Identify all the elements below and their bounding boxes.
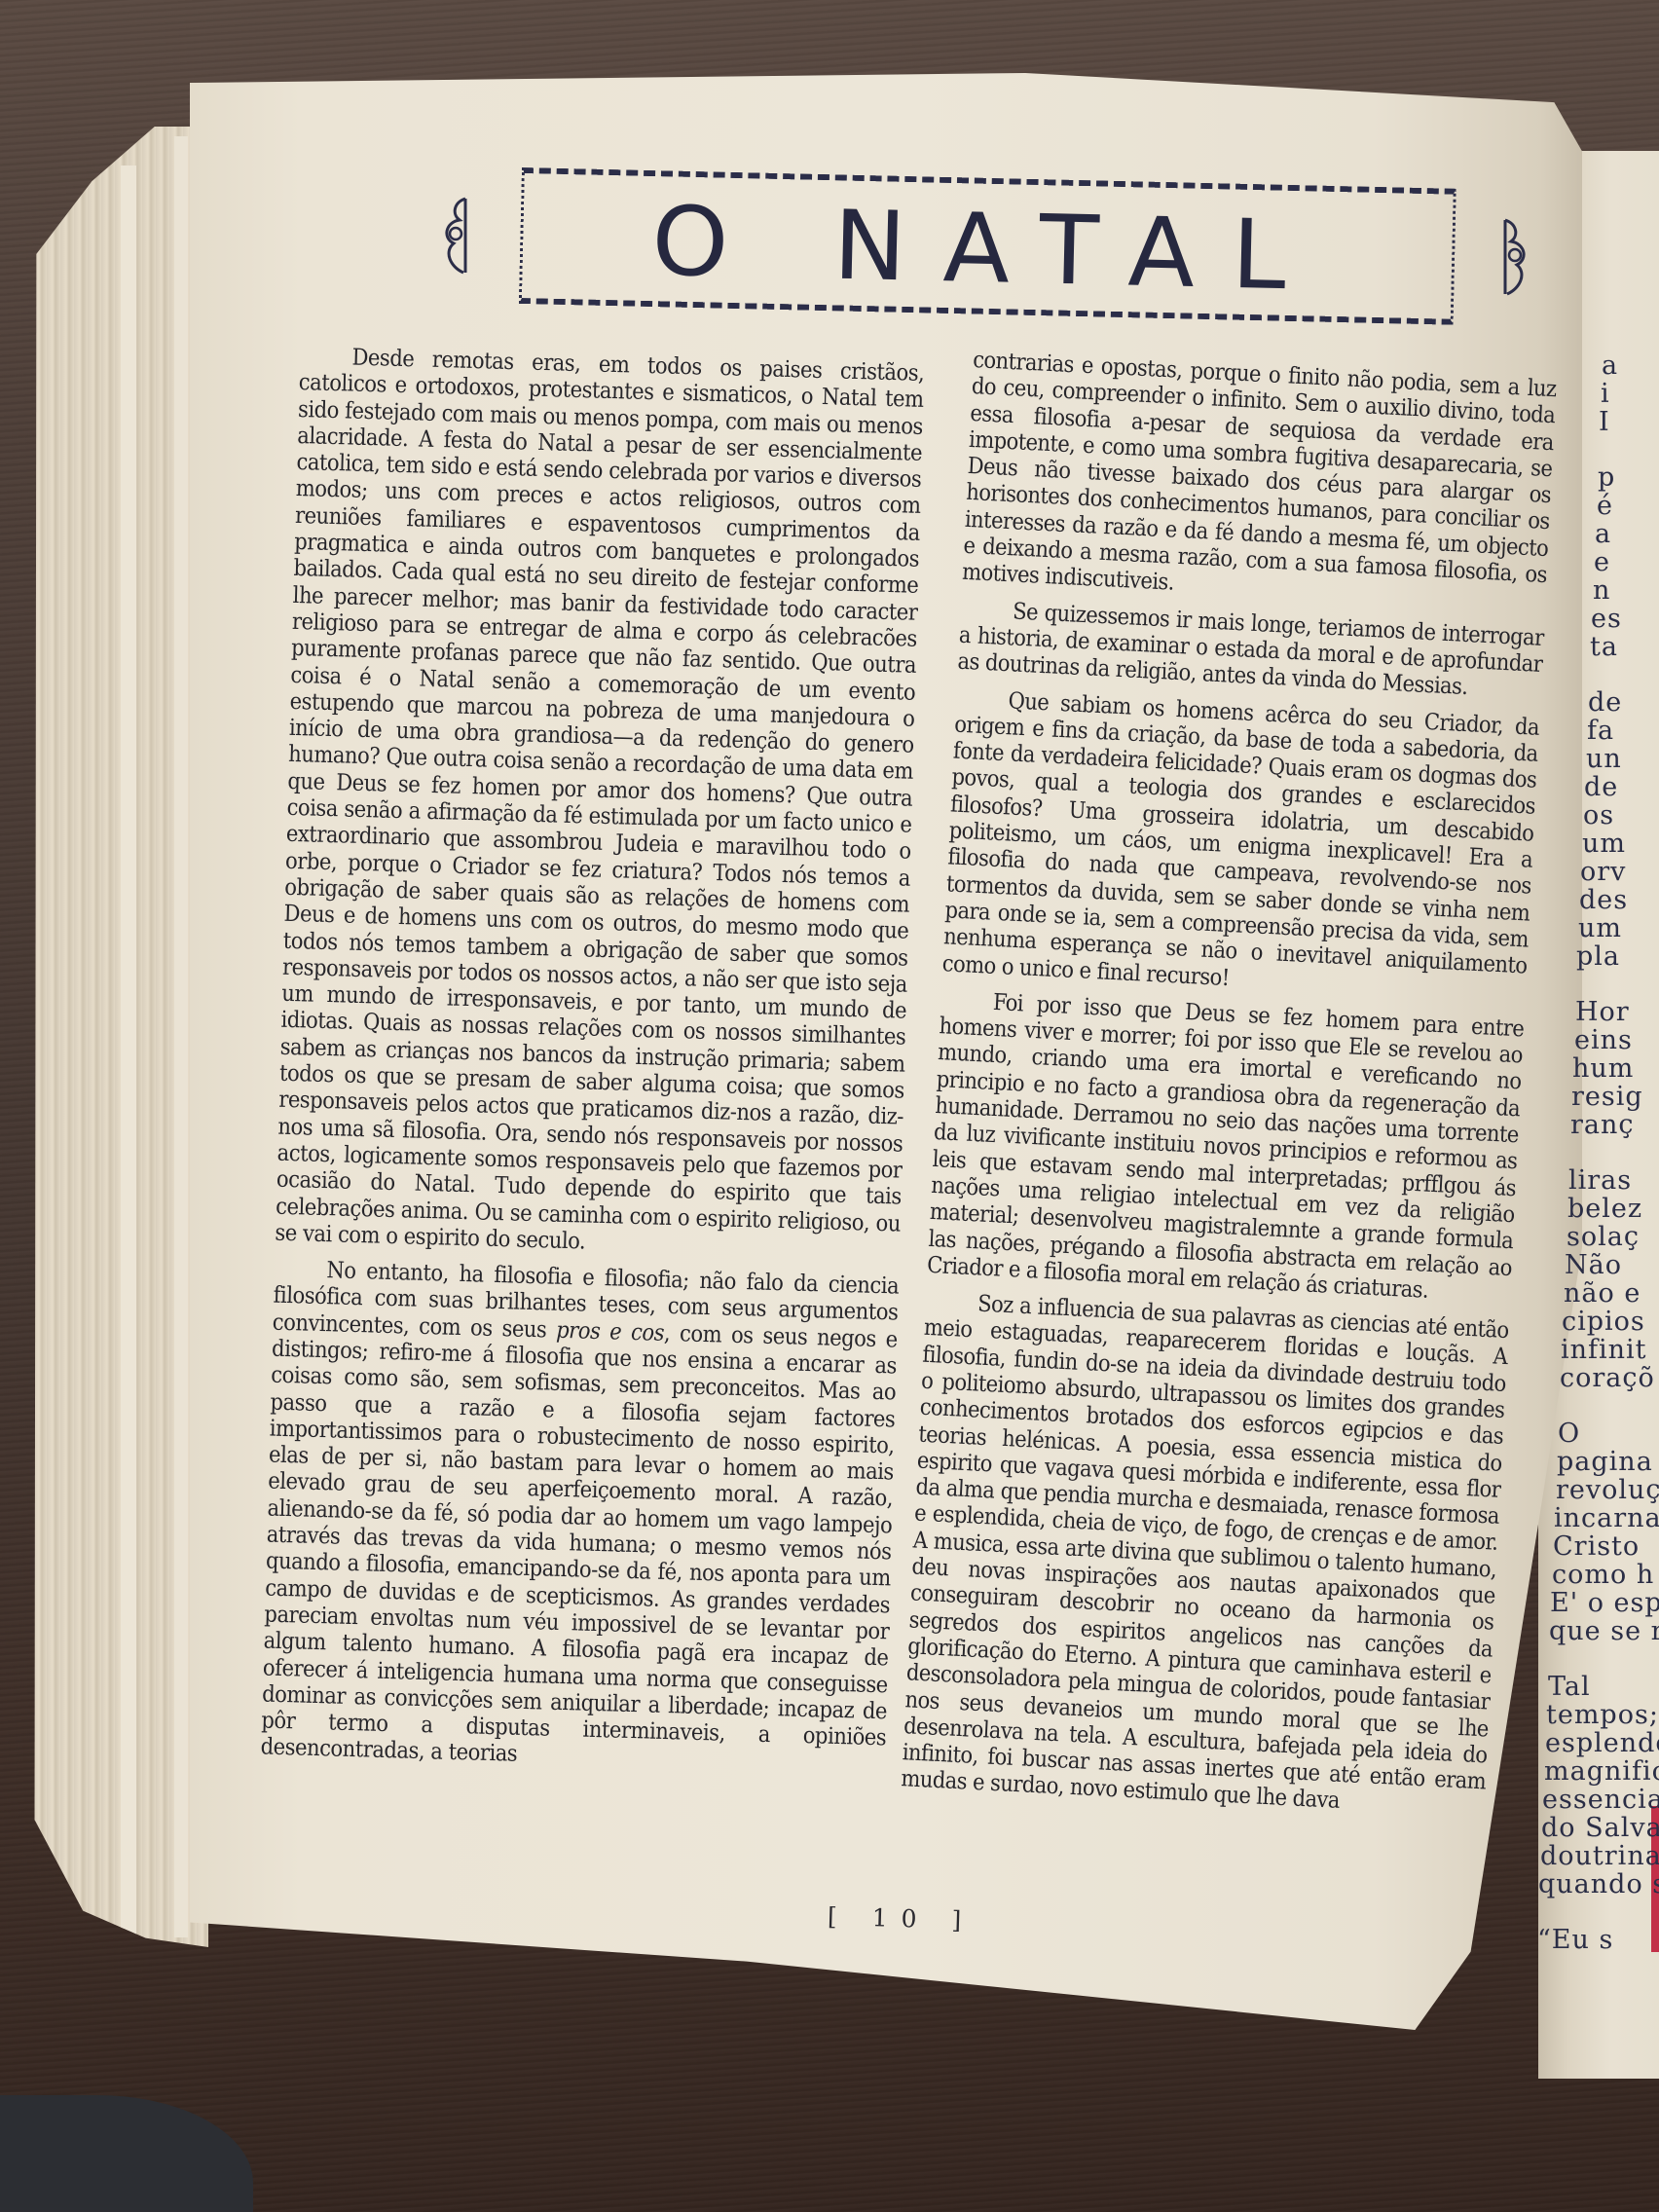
- facing-page-line: quando se: [1538, 1869, 1659, 1899]
- facing-page-line: ranç: [1570, 1110, 1635, 1140]
- page-edge-stripe: [174, 136, 188, 1937]
- facing-page-line: hum: [1572, 1053, 1634, 1084]
- paragraph: Desde remotas eras, em todos os paises c…: [275, 343, 925, 1264]
- facing-page-line: tempos;: [1546, 1700, 1659, 1730]
- facing-page-line: es: [1591, 604, 1622, 634]
- title-banner: O NATAL: [519, 167, 1456, 325]
- facing-page-line: e: [1594, 547, 1610, 577]
- facing-page-line: Cristo: [1553, 1531, 1640, 1562]
- facing-page-line: essencial: [1542, 1785, 1659, 1815]
- facing-page-line: coraçõ: [1560, 1363, 1655, 1393]
- facing-page-line: os: [1583, 800, 1614, 830]
- facing-page-line: ta: [1590, 632, 1618, 662]
- facing-page-line: doutrinas: [1540, 1841, 1659, 1871]
- facing-page-line: que se r: [1549, 1616, 1659, 1646]
- facing-page-line: incarna: [1554, 1503, 1659, 1533]
- left-text-column: Desde remotas eras, em todos os paises c…: [260, 343, 924, 1778]
- facing-page-line: magnifico: [1544, 1756, 1659, 1787]
- facing-page-line: Hor: [1575, 997, 1630, 1027]
- facing-page-line: liras: [1568, 1165, 1632, 1196]
- facing-page-line: O: [1558, 1419, 1580, 1449]
- facing-page-line: fa: [1587, 716, 1614, 746]
- facing-page-line: cipios: [1562, 1307, 1645, 1337]
- page-number: [ 10 ]: [828, 1902, 976, 1935]
- facing-page-line: não e: [1564, 1278, 1641, 1309]
- facing-page-line: revoluç: [1556, 1475, 1659, 1505]
- facing-page-line: belez: [1567, 1194, 1642, 1224]
- facing-page-line: pagina: [1557, 1447, 1653, 1477]
- facing-page-line: a: [1602, 350, 1618, 381]
- facing-page-line: é: [1597, 491, 1613, 521]
- facing-page-line: a: [1595, 519, 1611, 549]
- facing-page-line: como h: [1552, 1560, 1654, 1590]
- facing-page-line: Não: [1565, 1250, 1622, 1280]
- page-title: O NATAL: [519, 186, 1456, 313]
- facing-page-line: eins: [1574, 1025, 1633, 1055]
- paragraph: Foi por isso que Deus se fez homem para …: [927, 986, 1525, 1308]
- page-edge-stripe: [121, 166, 136, 1937]
- paragraph: No entanto, ha filosofia e filosofia; nã…: [260, 1256, 899, 1778]
- floral-ornament-icon: [436, 195, 471, 276]
- paragraph: contrarias e opostas, porque o finito nã…: [962, 347, 1558, 615]
- facing-page-line: I: [1599, 407, 1610, 437]
- facing-page-line: de: [1588, 687, 1622, 718]
- facing-page-line: orv: [1580, 857, 1626, 887]
- facing-page-line: esplendo: [1545, 1728, 1659, 1758]
- facing-page-line: resig: [1571, 1082, 1643, 1112]
- facing-page-line: um: [1582, 829, 1626, 859]
- facing-page-line: un: [1586, 744, 1622, 774]
- right-text-column: contrarias e opostas, porque o finito nã…: [901, 347, 1557, 1822]
- facing-page-line: i: [1601, 379, 1610, 409]
- facing-page-line: E' o esp: [1550, 1588, 1659, 1618]
- facing-page-line: de: [1584, 772, 1618, 802]
- facing-page-line: solaç: [1567, 1222, 1640, 1252]
- italic-phrase: pros e cos: [556, 1315, 665, 1346]
- facing-page-line: des: [1579, 885, 1628, 915]
- facing-page-line: Tal: [1548, 1672, 1591, 1702]
- floral-ornament-icon: [1499, 216, 1534, 298]
- facing-page-line: p: [1598, 462, 1615, 493]
- facing-page-line: “Eu s: [1537, 1925, 1613, 1955]
- facing-page-line: um: [1578, 913, 1622, 943]
- facing-page-line: pla: [1576, 941, 1620, 972]
- book-page-edges: [29, 127, 208, 1947]
- paragraph: Que sabiam os homens acêrca do seu Criad…: [941, 684, 1539, 1006]
- facing-page-line: n: [1593, 575, 1610, 606]
- paragraph: Soz a influencia de sua palavras as cien…: [901, 1288, 1509, 1822]
- facing-page-line: do Salva: [1541, 1813, 1659, 1843]
- facing-page-line: infinit: [1561, 1335, 1647, 1365]
